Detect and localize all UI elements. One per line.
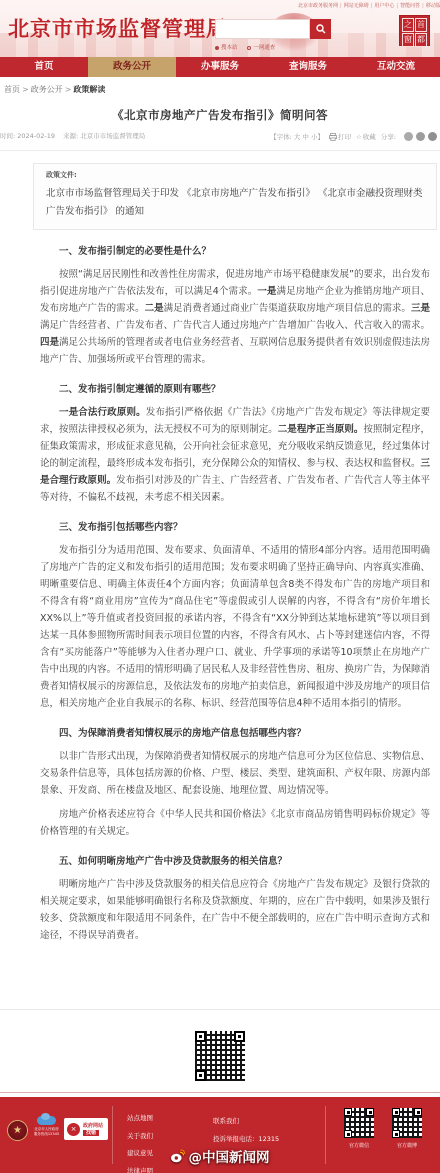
paragraph: 按照“满足居民刚性和改善性住房需求，促进房地产市场平稳健康发展”的要求，出台发布… <box>40 266 430 368</box>
article-qr-code <box>195 1031 245 1081</box>
search-button[interactable] <box>310 19 331 39</box>
watermark: @中国新闻网 <box>171 1146 270 1166</box>
section-heading: 一、发布指引制定的必要性是什么？ <box>40 244 430 259</box>
topbar-link[interactable]: 智能问答 <box>400 3 420 9</box>
policy-file-link[interactable]: 北京市市场监督管理局关于印发 《北京市房地产广告发布指引》 《北京市金融投资理财… <box>46 185 424 221</box>
article-area: 《北京市房地产广告发布指引》简明问答 发布时间: 2024-02-19来源: 北… <box>0 101 440 1009</box>
breadcrumb-item[interactable]: 首页 <box>4 85 20 94</box>
share-label: 分享: <box>381 132 396 141</box>
government-emblem-icon: ★ <box>7 1120 28 1141</box>
header-divider <box>0 150 440 151</box>
wechat-qr-code <box>344 1108 374 1138</box>
footer-top-divider <box>0 1092 440 1093</box>
policy-file-label: 政策文件: <box>46 170 424 180</box>
tab-gov-info[interactable]: 政务公开 <box>88 57 176 77</box>
cloud-icon <box>37 1116 56 1125</box>
section-heading: 二、发布指引制定遵循的原则有哪些？ <box>40 382 430 397</box>
section-heading: 四、为保障消费者知情权展示的房地产信息包括哪些内容？ <box>40 726 430 741</box>
site-header: 北京市政务服务网|网站无障碍|用户中心|智能问答|移动版 北京市市场监督管理局 … <box>0 0 440 57</box>
magnifier-badge-icon: ⨯ <box>67 1123 80 1136</box>
font-size-control[interactable]: 【字体: 大 中 小】 <box>270 132 324 141</box>
section-heading: 三、发布指引包括哪些内容？ <box>40 520 430 535</box>
search-input[interactable] <box>215 19 310 39</box>
site-logo[interactable]: 北京市市场监督管理局 <box>8 13 228 43</box>
site-error-report-badge[interactable]: ⨯ 政府网站 找错 <box>64 1118 108 1140</box>
topbar-link[interactable]: 用户中心 <box>374 3 394 9</box>
publish-time: 发布时间: 2024-02-19 <box>0 132 55 140</box>
contact-us-link[interactable]: 联系我们 <box>213 1112 325 1130</box>
weibo-qr-code <box>392 1108 422 1138</box>
official-wechat: 官方微信 <box>344 1108 374 1173</box>
official-weibo: 官方微博 <box>392 1108 422 1173</box>
tab-interact[interactable]: 互动交流 <box>352 57 440 77</box>
footer-link[interactable]: 关于我们 <box>127 1128 213 1146</box>
share-icons <box>401 132 437 141</box>
favorite-button[interactable]: ☆ 收藏 <box>356 132 376 141</box>
hotline-12345-logo[interactable]: 北京市人民政府 服务热线12345 <box>33 1116 60 1136</box>
article-sections: 一、发布指引制定的必要性是什么？按照“满足居民刚性和改善性住房需求，促进房地产市… <box>40 244 430 944</box>
share-qzone-icon[interactable] <box>428 132 437 141</box>
tab-home[interactable]: 首页 <box>0 57 88 77</box>
capital-window-seal[interactable]: 之 首 窗 都 <box>399 15 430 46</box>
print-button[interactable]: 打印 <box>329 132 351 141</box>
weibo-icon <box>171 1149 186 1163</box>
breadcrumb-item: 政策解读 <box>73 85 105 94</box>
star-icon: ☆ <box>356 133 362 141</box>
radio-dot-icon <box>247 46 251 50</box>
radio-dot-icon <box>215 46 219 50</box>
tab-query[interactable]: 查询服务 <box>264 57 352 77</box>
search-icon <box>316 22 326 37</box>
radio-search-site[interactable]: 搜本站 <box>215 45 238 51</box>
search-scope-radios: 搜本站 一网通查 <box>215 43 283 51</box>
topbar-links: 北京市政务服务网|网站无障碍|用户中心|智能问答|移动版 <box>298 2 440 12</box>
topbar-link[interactable]: 北京市政务服务网 <box>298 3 338 9</box>
paragraph: 一是合法行政原则。发布指引严格依据《广告法》《房地产广告发布规定》等法律规定要求… <box>40 404 430 506</box>
page: 北京市政务服务网|网站无障碍|用户中心|智能问答|移动版 北京市市场监督管理局 … <box>0 0 440 1173</box>
article-meta: 发布时间: 2024-02-19来源: 北京市市场监督管理局 【字体: 大 中 … <box>0 131 440 145</box>
share-weibo-icon[interactable] <box>404 132 413 141</box>
article-qr-section <box>0 1009 440 1092</box>
topbar-link[interactable]: 网站无障碍 <box>344 3 369 9</box>
meta-left: 发布时间: 2024-02-19来源: 北京市市场监督管理局 <box>0 131 153 140</box>
radio-search-network[interactable]: 一网通查 <box>247 45 275 51</box>
breadcrumb-item[interactable]: 政务公开 <box>31 85 63 94</box>
paragraph: 明晰房地产广告中涉及贷款服务的相关信息应符合《房地产广告发布规定》及银行贷款的相… <box>40 876 430 944</box>
page-title: 《北京市房地产广告发布指引》简明问答 <box>0 107 440 123</box>
main-nav: 首页政务公开办事服务查询服务互动交流 <box>0 57 440 77</box>
site-search <box>215 19 331 39</box>
paragraph: 房地产价格表述应符合《中华人民共和国价格法》《北京市商品房销售明码标价规定》等价… <box>40 806 430 840</box>
topbar-link[interactable]: 移动版 <box>426 3 440 9</box>
source: 来源: 北京市市场监督管理局 <box>63 132 145 140</box>
paragraph: 发布指引分为适用范围、发布要求、负面清单、不适用的情形4部分内容。适用范围明确了… <box>40 542 430 712</box>
paragraph: 以非广告形式出现，为保障消费者知情权展示的房地产信息可分为区位信息、实物信息、交… <box>40 748 430 799</box>
meta-right: 【字体: 大 中 小】 打印 ☆ 收藏 分享: <box>265 132 437 141</box>
footer-link[interactable]: 站点地图 <box>127 1110 213 1128</box>
tab-services[interactable]: 办事服务 <box>176 57 264 77</box>
share-wechat-icon[interactable] <box>416 132 425 141</box>
section-heading: 五、如何明晰房地产广告中涉及贷款服务的相关信息？ <box>40 854 430 869</box>
policy-file-box: 政策文件: 北京市市场监督管理局关于印发 《北京市房地产广告发布指引》 《北京市… <box>33 163 437 230</box>
footer-qr-zone: 官方微信 官方微博 <box>326 1097 440 1173</box>
breadcrumb: 首页>政务公开>政策解读 <box>0 77 440 101</box>
printer-icon <box>329 133 337 141</box>
footer-logos: ★ 北京市人民政府 服务热线12345 ⨯ 政府网站 找错 <box>0 1097 112 1173</box>
